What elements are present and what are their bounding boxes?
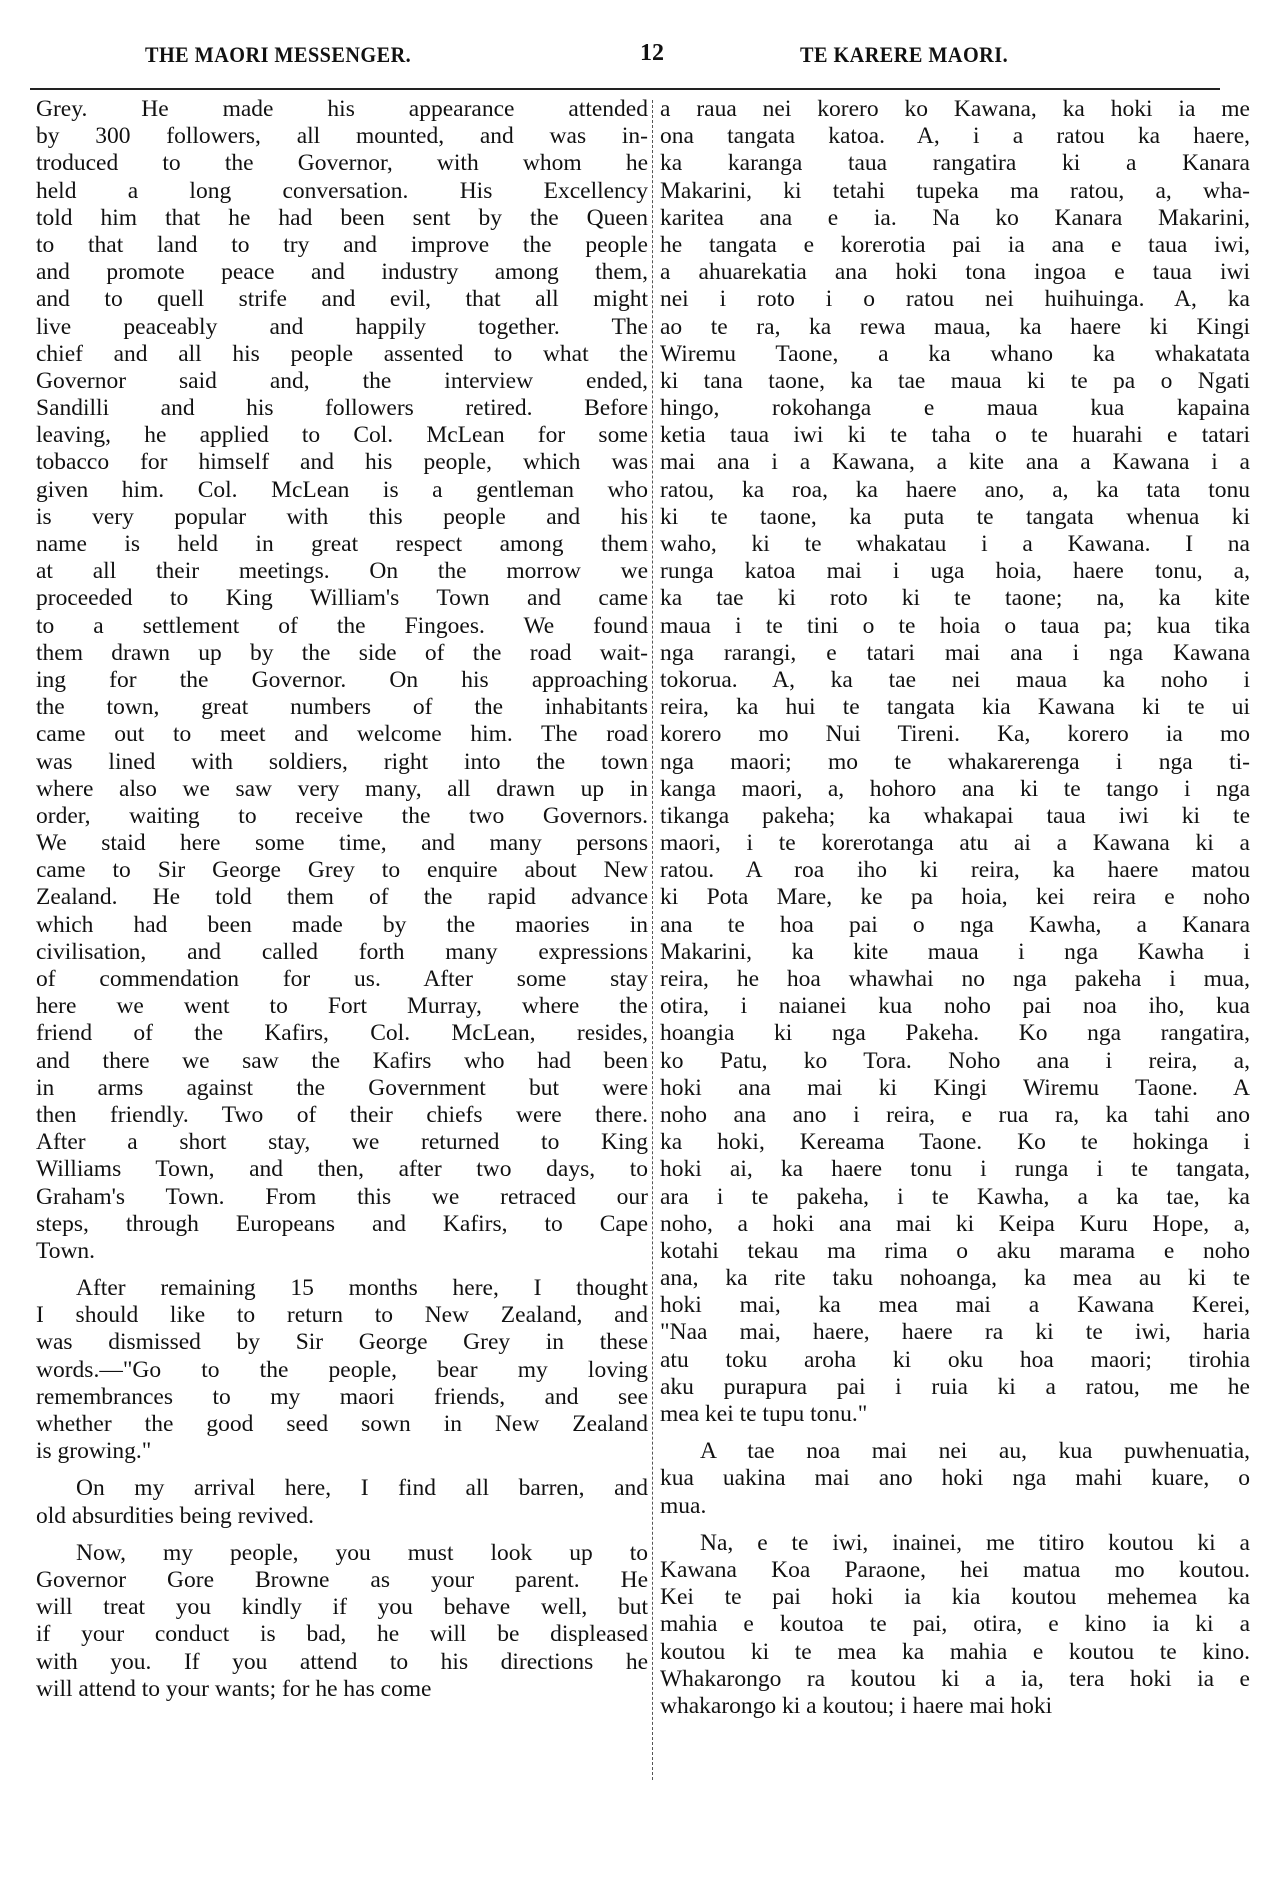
text-line: remembrances to my maori friends, and se…: [36, 1384, 648, 1411]
text-line: ki te taone, ka puta te tangata whenua k…: [660, 504, 1250, 531]
text-line: Williams Town, and then, after two days,…: [36, 1156, 648, 1183]
text-line: and to quell strife and evil, that all m…: [36, 286, 648, 313]
text-line: noho ana ano i reira, e rua ra, ka tahi …: [660, 1102, 1250, 1129]
text-line: Governor said and, the interview ended,: [36, 368, 648, 395]
text-line: steps, through Europeans and Kafirs, to …: [36, 1211, 648, 1238]
text-line: hoangia ki nga Pakeha. Ko nga rangatira,: [660, 1020, 1250, 1047]
text-line: at all their meetings. On the morrow we: [36, 558, 648, 585]
text-line: tikanga pakeha; ka whakapai taua iwi ki …: [660, 803, 1250, 830]
text-line: chief and all his people assented to wha…: [36, 341, 648, 368]
text-line: ka karanga taua rangatira ki a Kanara: [660, 150, 1250, 177]
text-line: will treat you kindly if you behave well…: [36, 1594, 648, 1621]
text-line: which had been made by the maories in: [36, 912, 648, 939]
paragraph: a raua nei korero ko Kawana, ka hoki ia …: [660, 96, 1250, 1428]
text-line: civilisation, and called forth many expr…: [36, 939, 648, 966]
text-line: On my arrival here, I find all barren, a…: [36, 1475, 648, 1502]
text-line: Graham's Town. From this we retraced our: [36, 1184, 648, 1211]
text-line: friend of the Kafirs, Col. McLean, resid…: [36, 1020, 648, 1047]
text-line: mua.: [660, 1493, 1250, 1520]
text-line: atu toku aroha ki oku hoa maori; tirohia: [660, 1347, 1250, 1374]
text-line: koutou ki te mea ka mahia e koutou te ki…: [660, 1639, 1250, 1666]
english-masthead-title: THE MAORI MESSENGER.: [145, 42, 411, 68]
text-line: ko Patu, ko Tora. Noho ana i reira, a,: [660, 1048, 1250, 1075]
text-line: them drawn up by the side of the road wa…: [36, 640, 648, 667]
paragraph: After remaining 15 months here, I though…: [36, 1275, 648, 1465]
text-line: After a short stay, we returned to King: [36, 1129, 648, 1156]
paragraph-gap: [660, 1520, 1250, 1530]
text-line: came out to meet and welcome him. The ro…: [36, 721, 648, 748]
text-line: maua i te tini o te hoia o taua pa; kua …: [660, 613, 1250, 640]
text-line: by 300 followers, all mounted, and was i…: [36, 123, 648, 150]
maori-column: a raua nei korero ko Kawana, ka hoki ia …: [660, 96, 1250, 1720]
text-line: runga katoa mai i uga hoia, haere tonu, …: [660, 558, 1250, 585]
text-line: hoki mai, ka mea mai a Kawana Kerei,: [660, 1292, 1250, 1319]
text-line: given him. Col. McLean is a gentleman wh…: [36, 477, 648, 504]
text-line: came to Sir George Grey to enquire about…: [36, 857, 648, 884]
text-line: proceeded to King William's Town and cam…: [36, 585, 648, 612]
text-line: kanga maori, a, hohoro ana ki te tango i…: [660, 776, 1250, 803]
text-line: "Naa mai, haere, haere ra ki te iwi, har…: [660, 1319, 1250, 1346]
text-line: maori, i te korerotanga atu ai a Kawana …: [660, 830, 1250, 857]
text-line: troduced to the Governor, with whom he: [36, 150, 648, 177]
text-line: aku purapura pai i ruia ki a ratou, me h…: [660, 1374, 1250, 1401]
text-line: ao te ra, ka rewa maua, ka haere ki King…: [660, 314, 1250, 341]
text-line: is growing.": [36, 1438, 648, 1465]
english-column: Grey. He made his appearance attendedby …: [36, 96, 648, 1703]
page-header: THE MAORI MESSENGER. 12 TE KARERE MAORI.: [40, 40, 1240, 76]
paragraph-gap: [36, 1465, 648, 1475]
text-line: nga maori; mo te whakarerenga i nga ti-: [660, 749, 1250, 776]
text-line: leaving, he applied to Col. McLean for s…: [36, 422, 648, 449]
text-line: Wiremu Taone, a ka whano ka whakatata: [660, 341, 1250, 368]
text-line: mea kei te tupu tonu.": [660, 1401, 1250, 1428]
text-line: here we went to Fort Murray, where the: [36, 993, 648, 1020]
text-line: name is held in great respect among them: [36, 531, 648, 558]
text-line: old absurdities being revived.: [36, 1503, 648, 1530]
text-line: if your conduct is bad, he will be displ…: [36, 1621, 648, 1648]
text-line: with you. If you attend to his direction…: [36, 1649, 648, 1676]
paragraph-gap: [36, 1530, 648, 1540]
text-line: order, waiting to receive the two Govern…: [36, 803, 648, 830]
text-line: ratou. A roa iho ki reira, ka haere mato…: [660, 857, 1250, 884]
text-line: ana te hoa pai o nga Kawha, a Kanara: [660, 912, 1250, 939]
text-line: reira, he hoa whawhai no nga pakeha i mu…: [660, 966, 1250, 993]
text-line: karitea ana e ia. Na ko Kanara Makarini,: [660, 205, 1250, 232]
text-line: hingo, rokohanga e maua kua kapaina: [660, 395, 1250, 422]
text-line: live peaceably and happily together. The: [36, 314, 648, 341]
text-line: where also we saw very many, all drawn u…: [36, 776, 648, 803]
text-line: After remaining 15 months here, I though…: [36, 1275, 648, 1302]
text-line: in arms against the Government but were: [36, 1075, 648, 1102]
text-line: Makarini, ka kite maua i nga Kawha i: [660, 939, 1250, 966]
text-line: held a long conversation. His Excellency: [36, 178, 648, 205]
text-line: told him that he had been sent by the Qu…: [36, 205, 648, 232]
text-line: ka hoki, Kereama Taone. Ko te hokinga i: [660, 1129, 1250, 1156]
text-line: the town, great numbers of the inhabitan…: [36, 694, 648, 721]
text-line: of commendation for us. After some stay: [36, 966, 648, 993]
header-rule: [30, 88, 1220, 90]
text-line: ki Pota Mare, ke pa hoia, kei reira e no…: [660, 884, 1250, 911]
text-line: and there we saw the Kafirs who had been: [36, 1048, 648, 1075]
text-line: tokorua. A, ka tae nei maua ka noho i: [660, 667, 1250, 694]
text-line: a ahuarekatia ana hoki tona ingoa e taua…: [660, 259, 1250, 286]
text-line: Town.: [36, 1238, 648, 1265]
text-line: kotahi tekau ma rima o aku marama e noho: [660, 1238, 1250, 1265]
paragraph: Now, my people, you must look up toGover…: [36, 1540, 648, 1703]
text-line: Grey. He made his appearance attended: [36, 96, 648, 123]
paragraph: A tae noa mai nei au, kua puwhenuatia,ku…: [660, 1438, 1250, 1520]
text-line: to that land to try and improve the peop…: [36, 232, 648, 259]
text-line: mai ana i a Kawana, a kite ana a Kawana …: [660, 449, 1250, 476]
column-divider: [652, 100, 653, 1780]
text-line: ketia taua iwi ki te taha o te huarahi e…: [660, 422, 1250, 449]
text-line: he tangata e korerotia pai ia ana e taua…: [660, 232, 1250, 259]
text-line: Now, my people, you must look up to: [36, 1540, 648, 1567]
paragraph: Grey. He made his appearance attendedby …: [36, 96, 648, 1265]
text-line: korero mo Nui Tireni. Ka, korero ia mo: [660, 721, 1250, 748]
text-line: and promote peace and industry among the…: [36, 259, 648, 286]
text-line: noho, a hoki ana mai ki Keipa Kuru Hope,…: [660, 1211, 1250, 1238]
text-line: a raua nei korero ko Kawana, ka hoki ia …: [660, 96, 1250, 123]
text-line: nei i roto i o ratou nei huihuinga. A, k…: [660, 286, 1250, 313]
text-line: Kei te pai hoki ia kia koutou mehemea ka: [660, 1584, 1250, 1611]
text-line: Makarini, ki tetahi tupeka ma ratou, a, …: [660, 178, 1250, 205]
paragraph-gap: [660, 1428, 1250, 1438]
text-line: I should like to return to New Zealand, …: [36, 1302, 648, 1329]
text-line: whether the good seed sown in New Zealan…: [36, 1411, 648, 1438]
text-line: was dismissed by Sir George Grey in thes…: [36, 1329, 648, 1356]
text-line: is very popular with this people and his: [36, 504, 648, 531]
text-line: Sandilli and his followers retired. Befo…: [36, 395, 648, 422]
text-line: ki tana taone, ka tae maua ki te pa o Ng…: [660, 368, 1250, 395]
text-line: ara i te pakeha, i te Kawha, a ka tae, k…: [660, 1184, 1250, 1211]
text-line: ing for the Governor. On his approaching: [36, 667, 648, 694]
text-line: Governor Gore Browne as your parent. He: [36, 1567, 648, 1594]
paragraph: On my arrival here, I find all barren, a…: [36, 1475, 648, 1529]
paragraph-gap: [36, 1265, 648, 1275]
text-line: whakarongo ki a koutou; i haere mai hoki: [660, 1693, 1250, 1720]
text-line: ka tae ki roto ki te taone; na, ka kite: [660, 585, 1250, 612]
text-line: tobacco for himself and his people, whic…: [36, 449, 648, 476]
text-line: kua uakina mai ano hoki nga mahi kuare, …: [660, 1465, 1250, 1492]
text-line: hoki ai, ka haere tonu i runga i te tang…: [660, 1156, 1250, 1183]
text-line: Na, e te iwi, inainei, me titiro koutou …: [660, 1530, 1250, 1557]
maori-masthead-title: TE KARERE MAORI.: [800, 42, 1008, 68]
text-line: was lined with soldiers, right into the …: [36, 749, 648, 776]
text-line: A tae noa mai nei au, kua puwhenuatia,: [660, 1438, 1250, 1465]
text-line: Whakarongo ra koutou ki a ia, tera hoki …: [660, 1666, 1250, 1693]
text-line: Zealand. He told them of the rapid advan…: [36, 884, 648, 911]
paragraph: Na, e te iwi, inainei, me titiro koutou …: [660, 1530, 1250, 1720]
text-line: nga rarangi, e tatari mai ana i nga Kawa…: [660, 640, 1250, 667]
text-line: words.—"Go to the people, bear my loving: [36, 1357, 648, 1384]
text-line: We staid here some time, and many person…: [36, 830, 648, 857]
text-line: mahia e koutoa te pai, otira, e kino ia …: [660, 1611, 1250, 1638]
text-line: will attend to your wants; for he has co…: [36, 1676, 648, 1703]
text-line: waho, ki te whakatau i a Kawana. I na: [660, 531, 1250, 558]
text-line: to a settlement of the Fingoes. We found: [36, 613, 648, 640]
text-line: ona tangata katoa. A, i a ratou ka haere…: [660, 123, 1250, 150]
text-line: ratou, ka roa, ka haere ano, a, ka tata …: [660, 477, 1250, 504]
text-line: reira, ka hui te tangata kia Kawana ki t…: [660, 694, 1250, 721]
page-number: 12: [640, 40, 664, 67]
text-line: ana, ka rite taku nohoanga, ka mea au ki…: [660, 1265, 1250, 1292]
text-line: Kawana Koa Paraone, hei matua mo koutou.: [660, 1557, 1250, 1584]
text-line: then friendly. Two of their chiefs were …: [36, 1102, 648, 1129]
text-line: hoki ana mai ki Kingi Wiremu Taone. A: [660, 1075, 1250, 1102]
text-line: otira, i naianei kua noho pai noa iho, k…: [660, 993, 1250, 1020]
